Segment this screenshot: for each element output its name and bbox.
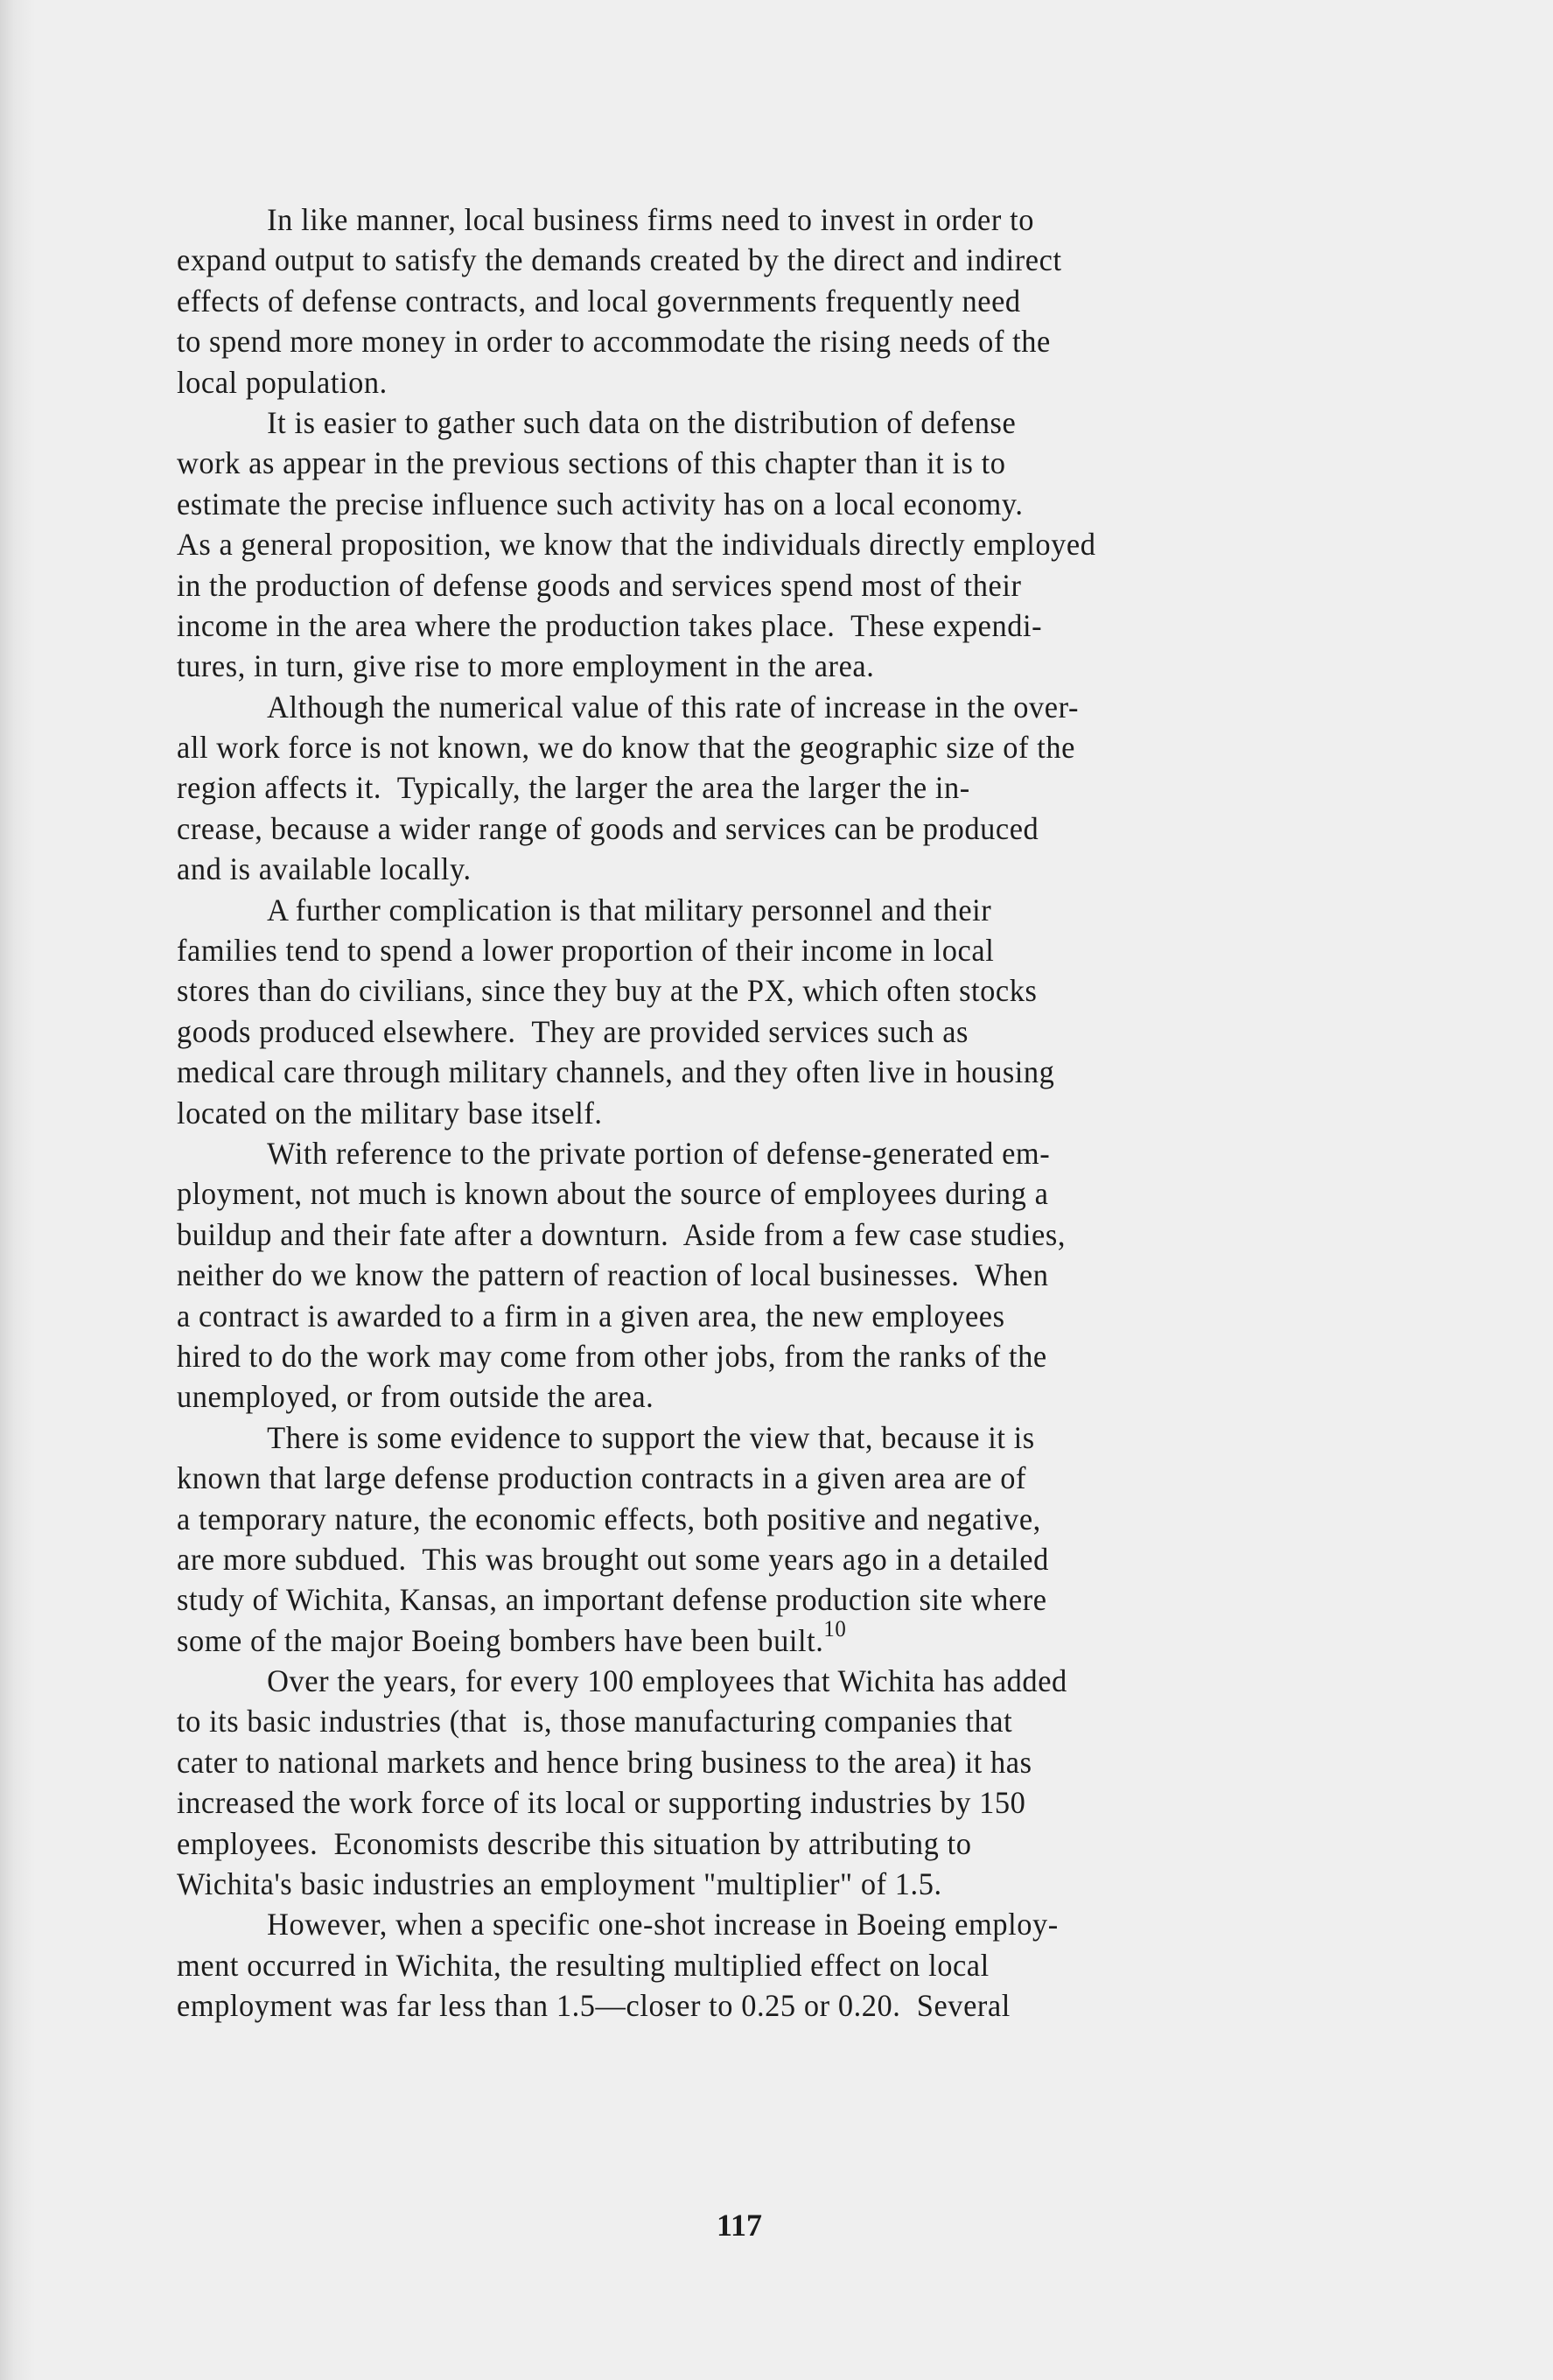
text-line: to spend more money in order to accommod… xyxy=(177,321,1380,361)
text-line: located on the military base itself. xyxy=(177,1093,1380,1133)
text-line: As a general proposition, we know that t… xyxy=(177,524,1380,564)
footnote-reference: 10 xyxy=(823,1616,846,1641)
text-line: a contract is awarded to a firm in a giv… xyxy=(177,1296,1380,1336)
text-line: income in the area where the production … xyxy=(177,605,1380,646)
text-line: Although the numerical value of this rat… xyxy=(177,687,1380,727)
page-number: 117 xyxy=(0,2207,1479,2243)
text-line: However, when a specific one-shot increa… xyxy=(177,1904,1380,1944)
paragraph: Over the years, for every 100 employees … xyxy=(177,1661,1380,1904)
text-line: employment was far less than 1.5—closer … xyxy=(177,1985,1380,2026)
text-line: study of Wichita, Kansas, an important d… xyxy=(177,1579,1380,1620)
text-line: unemployed, or from outside the area. xyxy=(177,1376,1380,1417)
text-line: are more subdued. This was brought out s… xyxy=(177,1539,1380,1579)
paragraph: However, when a specific one-shot increa… xyxy=(177,1904,1380,2026)
text-line: ployment, not much is known about the so… xyxy=(177,1173,1380,1214)
text-line: ment occurred in Wichita, the resulting … xyxy=(177,1945,1380,1985)
text-line: families tend to spend a lower proportio… xyxy=(177,930,1380,970)
text-line: effects of defense contracts, and local … xyxy=(177,281,1380,321)
text-line: With reference to the private portion of… xyxy=(177,1133,1380,1173)
paragraph: With reference to the private portion of… xyxy=(177,1133,1380,1417)
text-line: medical care through military channels, … xyxy=(177,1052,1380,1092)
text-line: Over the years, for every 100 employees … xyxy=(177,1661,1380,1701)
text-line: some of the major Boeing bombers have be… xyxy=(177,1620,1380,1661)
paragraph: A further complication is that military … xyxy=(177,890,1380,1133)
text-line: a temporary nature, the economic effects… xyxy=(177,1499,1380,1539)
text-line: expand output to satisfy the demands cre… xyxy=(177,240,1380,280)
text-line: in the production of defense goods and s… xyxy=(177,565,1380,605)
text-line: work as appear in the previous sections … xyxy=(177,443,1380,483)
text-line: to its basic industries (that is, those … xyxy=(177,1701,1380,1741)
paragraph: It is easier to gather such data on the … xyxy=(177,402,1380,687)
paragraph: Although the numerical value of this rat… xyxy=(177,687,1380,890)
paragraph: There is some evidence to support the vi… xyxy=(177,1417,1380,1661)
text-line: estimate the precise influence such acti… xyxy=(177,484,1380,524)
text-line: increased the work force of its local or… xyxy=(177,1782,1380,1823)
text-line: crease, because a wider range of goods a… xyxy=(177,808,1380,849)
text-line: all work force is not known, we do know … xyxy=(177,727,1380,767)
text-line: goods produced elsewhere. They are provi… xyxy=(177,1011,1380,1052)
text-line: buildup and their fate after a downturn.… xyxy=(177,1214,1380,1255)
text-line: local population. xyxy=(177,362,1380,402)
text-line: A further complication is that military … xyxy=(177,890,1380,930)
text-line: employees. Economists describe this situ… xyxy=(177,1823,1380,1864)
body-text: In like manner, local business firms nee… xyxy=(177,199,1380,2026)
text-line: and is available locally. xyxy=(177,849,1380,889)
text-line: known that large defense production cont… xyxy=(177,1458,1380,1498)
text-line: In like manner, local business firms nee… xyxy=(177,199,1380,240)
text-line: cater to national markets and hence brin… xyxy=(177,1742,1380,1782)
text-line: region affects it. Typically, the larger… xyxy=(177,767,1380,808)
text-line: tures, in turn, give rise to more employ… xyxy=(177,646,1380,686)
text-line: Wichita's basic industries an employment… xyxy=(177,1864,1380,1904)
text-line: neither do we know the pattern of reacti… xyxy=(177,1255,1380,1295)
text-line: It is easier to gather such data on the … xyxy=(177,402,1380,443)
page-gutter-shadow xyxy=(0,0,35,2380)
text-line: stores than do civilians, since they buy… xyxy=(177,970,1380,1011)
text-line: There is some evidence to support the vi… xyxy=(177,1417,1380,1458)
text-line: hired to do the work may come from other… xyxy=(177,1336,1380,1376)
paragraph: In like manner, local business firms nee… xyxy=(177,199,1380,402)
